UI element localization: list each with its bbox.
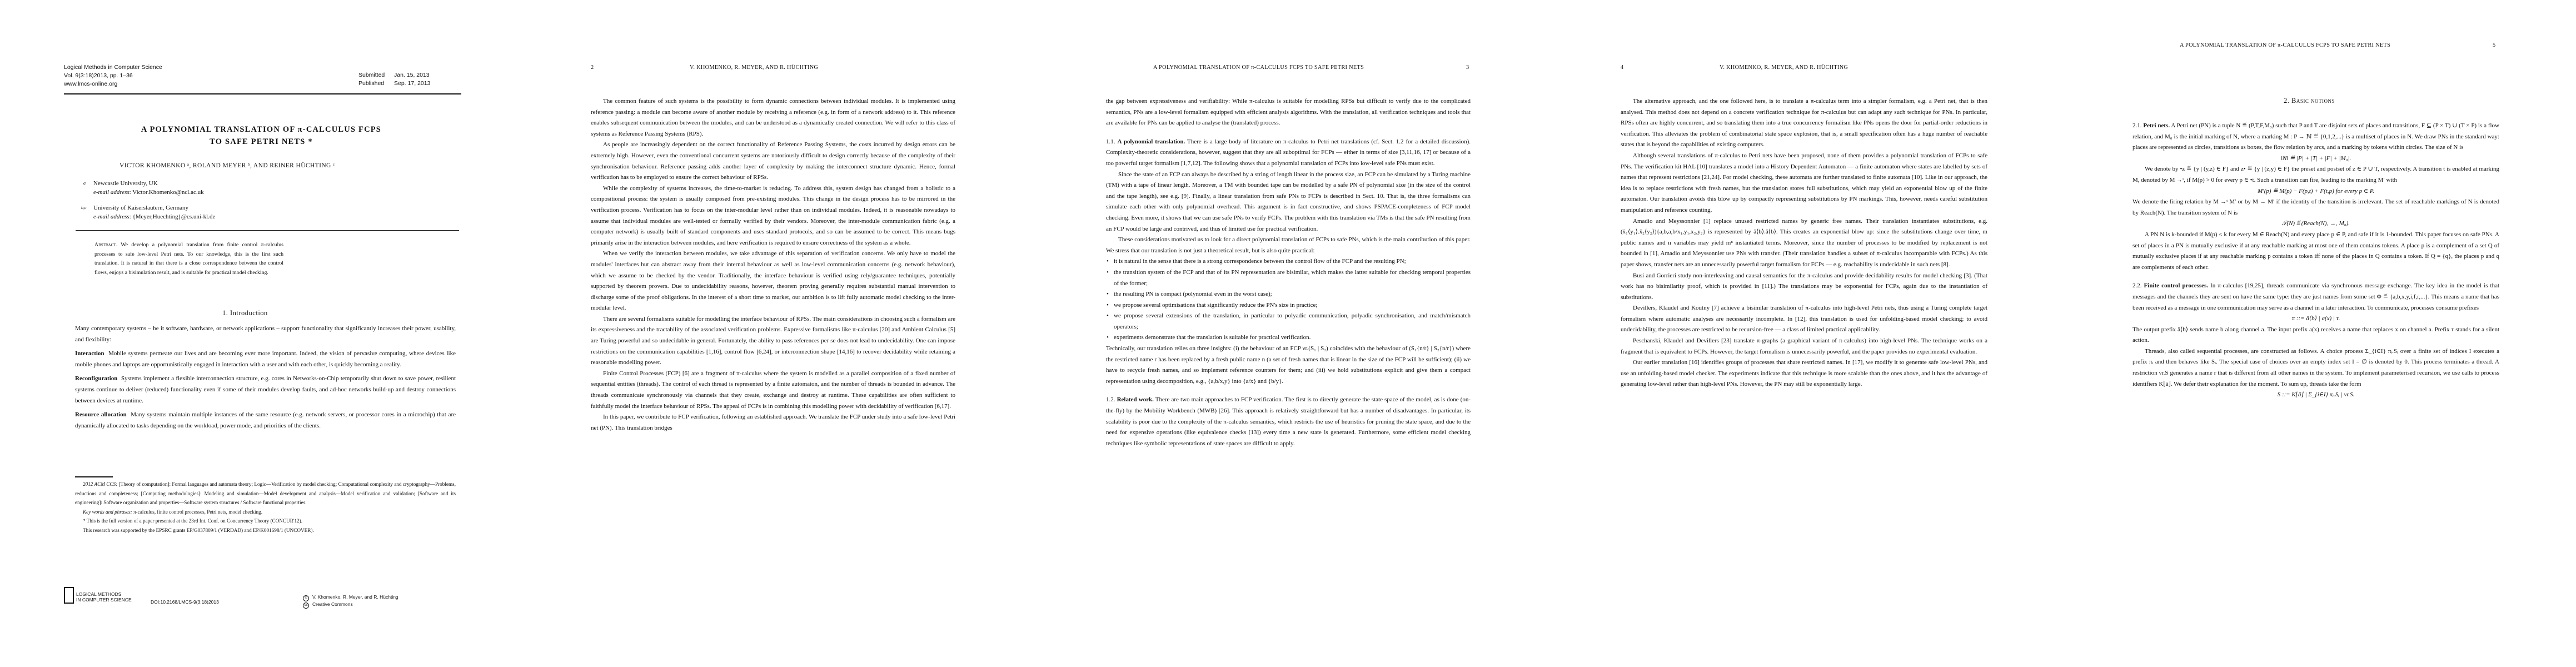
paragraph: We denote the firing relation by M →ᵗ M′… — [2132, 197, 2499, 218]
list-item: we propose several extensions of the tra… — [1114, 311, 1471, 332]
affiliation-marker: a — [83, 179, 86, 188]
submitted-date: Jan. 15, 2013 — [394, 71, 430, 79]
paragraph: We denote by •z ≝ {y | (y,z) ∈ F} and z•… — [2132, 164, 2499, 186]
page-3: A POLYNOMIAL TRANSLATION OF π-CALCULUS F… — [1106, 0, 1473, 667]
page-number: 3 — [1466, 64, 1469, 71]
equation: ‖N‖ ≝ |P| + |T| + |F| + |M₀|. — [2132, 153, 2499, 165]
list-item: the transition system of the FCP and tha… — [1114, 267, 1471, 289]
equation: S ::= K⌊ã⌋ | Σ_{i∈I} πᵢ.Sᵢ | νr.S. — [2132, 390, 2499, 401]
running-head: A POLYNOMIAL TRANSLATION OF π-CALCULUS F… — [1153, 64, 1364, 71]
logo-line-2: IN COMPUTER SCIENCE — [76, 597, 132, 603]
page-number: 4 — [1621, 64, 1623, 71]
equation: M′(p) ≝ M(p) − F(p,t) + F(t,p) for every… — [2132, 186, 2499, 197]
subsection-number: 2.2. — [2132, 282, 2142, 289]
copyright-block: ©V. Khomenko, R. Meyer, and R. Hüchting … — [303, 594, 398, 609]
affiliation-rule — [76, 230, 459, 231]
page-4-body: The alternative approach, and the one fo… — [1621, 96, 1987, 390]
paragraph: While the complexity of systems increase… — [591, 183, 955, 249]
ccs-text: [Theory of computation]: Formal language… — [75, 481, 456, 505]
creative-commons-icon: cc — [303, 603, 309, 609]
subsection-title: Finite control processes. — [2144, 282, 2209, 289]
item-term: Reconfiguration — [75, 375, 117, 382]
paragraph: Threads, also called sequential processe… — [2132, 346, 2499, 390]
header-rule — [64, 93, 461, 94]
page-number: 2 — [591, 64, 594, 71]
paragraph: Although several translations of π-calcu… — [1621, 151, 1987, 216]
published-label: Published — [358, 79, 386, 88]
journal-name: Logical Methods in Computer Science — [64, 63, 162, 72]
abstract-label: Abstract. — [94, 242, 117, 248]
paragraph: Since the state of an FCP can always be … — [1106, 170, 1471, 235]
paragraph: When we verify the interaction between m… — [591, 248, 955, 314]
item-text: Systems implement a flexible interconnec… — [75, 375, 456, 404]
introduction-body: Many contemporary systems – be it softwa… — [75, 323, 456, 431]
subsection-title: Petri nets. — [2143, 122, 2170, 129]
affiliation-marker: b,c — [81, 203, 87, 212]
page-4: 4 V. KHOMENKO, R. MEYER, AND R. HÜCHTING… — [1621, 0, 1990, 667]
logo-line-1: LOGICAL METHODS — [76, 591, 132, 597]
item-text: Mobile systems permeate our lives and ar… — [75, 350, 456, 368]
equation: π ::= ā⟨b⟩ | a(x) | τ. — [2132, 313, 2499, 325]
lmcs-logo-icon — [64, 587, 74, 604]
lmcs-logo-text: LOGICAL METHODS IN COMPUTER SCIENCE — [76, 591, 132, 603]
doi[interactable]: DOI:10.2168/LMCS-9(3:18)2013 — [151, 599, 219, 605]
ccs-label: 2012 ACM CCS: — [83, 481, 117, 487]
subsection-number: 1.1. — [1106, 138, 1115, 145]
submitted-label: Submitted — [358, 71, 386, 79]
paragraph: The output prefix ā⟨b⟩ sends name b alon… — [2132, 325, 2499, 346]
page-3-body: the gap between expressiveness and verif… — [1106, 96, 1471, 449]
funding-note: This research was supported by the EPSRC… — [75, 526, 456, 535]
paragraph: A PN N is k-bounded if M(p) ≤ k for ever… — [2132, 230, 2499, 273]
subsection-title: A polynomial translation. — [1117, 138, 1185, 145]
paragraph: the gap between expressiveness and verif… — [1106, 96, 1471, 129]
paragraph: There are several formalisms suitable fo… — [591, 314, 955, 369]
authors: VICTOR KHOMENKO ᵃ, ROLAND MEYER ᵇ, AND R… — [119, 162, 335, 169]
list-item: it is natural in the sense that there is… — [1114, 256, 1471, 267]
item-term: Interaction — [75, 350, 104, 357]
contribution-list: it is natural in the sense that there is… — [1106, 256, 1471, 344]
footnote-rule — [75, 476, 113, 477]
email-label: e-mail address — [93, 213, 129, 220]
abstract-text: We develop a polynomial translation from… — [94, 242, 283, 276]
affiliation-bc: b,c University of Kaiserslautern, German… — [93, 203, 215, 221]
email-address[interactable]: {Meyer,Huechting}@cs.uni-kl.de — [132, 213, 215, 220]
subsection-title: Related work. — [1117, 396, 1154, 403]
page-number: 5 — [2493, 42, 2495, 48]
email-label: e-mail address — [93, 189, 129, 196]
title-line-1: A POLYNOMIAL TRANSLATION OF π-CALCULUS F… — [94, 123, 428, 136]
section-heading-introduction: 1. Introduction — [222, 309, 268, 317]
email-address[interactable]: Victor.Khomenko@ncl.ac.uk — [132, 189, 203, 196]
paragraph: Our earlier translation [16] identifies … — [1621, 357, 1987, 390]
page-5-body: 2.1. Petri nets. A Petri net (PN) is a t… — [2132, 121, 2499, 401]
paper-title: A POLYNOMIAL TRANSLATION OF π-CALCULUS F… — [94, 123, 428, 148]
journal-website[interactable]: www.lmcs-online.org — [64, 80, 162, 88]
paragraph: The alternative approach, and the one fo… — [1621, 96, 1987, 151]
title-line-2: TO SAFE PETRI NETS * — [94, 136, 428, 148]
conference-note: * This is the full version of a paper pr… — [75, 516, 456, 526]
published-date: Sep. 17, 2013 — [394, 79, 430, 88]
running-head: A POLYNOMIAL TRANSLATION OF π-CALCULUS F… — [2180, 42, 2390, 48]
affiliation-institution: University of Kaiserslautern, Germany — [93, 203, 215, 212]
paragraph: The common feature of such systems is th… — [591, 96, 955, 140]
affiliation-institution: Newcastle University, UK — [93, 179, 204, 188]
paragraph: Peschanski, Klaudel and Devillers [23] t… — [1621, 336, 1987, 357]
page-5: A POLYNOMIAL TRANSLATION OF π-CALCULUS F… — [2132, 0, 2502, 667]
paragraph: In this paper, we contribute to FCP veri… — [591, 412, 955, 434]
item-term: Resource allocation — [75, 411, 127, 418]
page-2: 2 V. KHOMENKO, R. MEYER, AND R. HÜCHTING… — [591, 0, 990, 667]
item-text: Many systems maintain multiple instances… — [75, 411, 456, 429]
paragraph: Devillers, Klaudel and Koutny [7] achiev… — [1621, 303, 1987, 336]
page-2-body: The common feature of such systems is th… — [591, 96, 955, 434]
affiliation-a: a Newcastle University, UK e-mail addres… — [93, 179, 204, 197]
journal-info: Logical Methods in Computer Science Vol.… — [64, 63, 162, 88]
list-item: we propose several optimisations that si… — [1114, 300, 1471, 311]
equation: 𝒯(N) ≝ (Reach(N), →, M₀). — [2132, 218, 2499, 230]
section-heading-basic-notions: 2. Basic notions — [2284, 97, 2335, 105]
paragraph: Busi and Gorrieri study non-interleaving… — [1621, 271, 1987, 303]
copyright-holders: V. Khomenko, R. Meyer, and R. Hüchting — [312, 594, 398, 600]
page-1: Logical Methods in Computer Science Vol.… — [64, 0, 461, 667]
keywords-text: π-calculus, finite control processes, Pe… — [133, 509, 262, 515]
subsection-number: 2.1. — [2132, 122, 2142, 129]
footnotes: 2012 ACM CCS: [Theory of computation]: F… — [75, 480, 456, 535]
license-text[interactable]: Creative Commons — [312, 601, 353, 607]
paragraph: These considerations motivated us to loo… — [1106, 235, 1471, 256]
running-head: V. KHOMENKO, R. MEYER, AND R. HÜCHTING — [690, 64, 818, 71]
paragraph: Technically, our translation relies on t… — [1106, 344, 1471, 387]
paragraph: A Petri net (PN) is a tuple N ≝ (P,T,F,M… — [2132, 122, 2499, 151]
running-head: V. KHOMENKO, R. MEYER, AND R. HÜCHTING — [1720, 64, 1848, 71]
publication-dates: SubmittedJan. 15, 2013 PublishedSep. 17,… — [358, 71, 430, 88]
intro-paragraph: Many contemporary systems – be it softwa… — [75, 323, 456, 345]
keywords-label: Key words and phrases: — [83, 509, 132, 515]
list-item: the resulting PN is compact (polynomial … — [1114, 289, 1471, 300]
paragraph: Finite Control Processes (FCP) [6] are a… — [591, 369, 955, 412]
paragraph: As people are increasingly dependent on … — [591, 140, 955, 183]
subsection-number: 1.2. — [1106, 396, 1115, 403]
copyright-icon: © — [303, 595, 309, 601]
journal-volume: Vol. 9(3:18)2013, pp. 1–36 — [64, 72, 162, 80]
paragraph: There are two main approaches to FCP ver… — [1106, 396, 1471, 446]
list-item: experiments demonstrate that the transla… — [1114, 332, 1471, 344]
abstract: Abstract. We develop a polynomial transl… — [94, 241, 283, 277]
paragraph: Amadio and Meyssonnier [1] replace unuse… — [1621, 216, 1987, 271]
